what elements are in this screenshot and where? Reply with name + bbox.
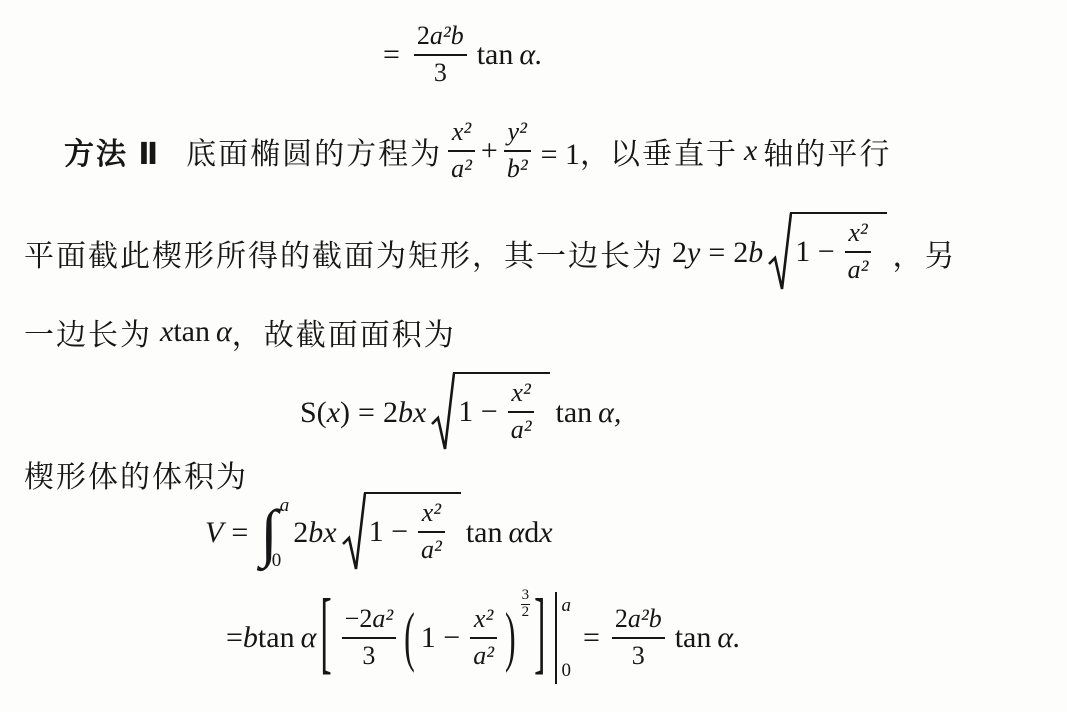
x-variable: x [539,516,552,550]
fraction: x² a² [845,219,872,284]
equation-evaluation: = b tan α [ −2 a² 3 ( 1 − x² a² ) 3 2 ] [226,592,741,684]
fraction-denominator: a² [448,155,475,184]
fraction-numerator: x² [471,605,496,634]
fraction-numerator: 2 a²b [414,22,467,51]
paragraph-cross-section: 平面截此楔形所得的截面为矩形，其一边长为 2 y = 2 b 1 − x² a²… [24,210,956,296]
bx-variables: bx [398,396,426,430]
lower-limit: 0 [561,661,571,680]
fraction-denominator: 3 [431,59,450,88]
textbook-page: = 2 a²b 3 tan α. 方法 Ⅱ 底面椭圆的方程为 x² a² + y… [0,0,1067,712]
fraction-bar [470,637,497,639]
body-text: ，故截面面积为 [232,310,456,354]
tan-function: tan [555,396,592,430]
fraction: 2 a²b 3 [414,22,467,87]
equals-sign: = [231,516,248,550]
differential-d: d [524,516,539,550]
body-text: 轴的平行 [763,129,891,173]
numerator-variables: a²b [430,22,464,51]
y-variable: y [687,236,700,270]
tan-function: tan [477,38,514,72]
alpha-symbol: α, [598,396,621,430]
V-variable: V [205,516,223,550]
paragraph-side-length: 一边长为 x tan α ，故截面面积为 [24,310,456,354]
equals-one: = 1， [541,129,610,173]
fraction-denominator: 3 [629,642,648,671]
equation-result-top: = 2 a²b 3 tan α. [383,22,543,87]
S-function: S( [300,396,327,430]
b-variable: b [748,236,763,270]
integral-upper-limit: a [280,496,290,515]
x-variable: x [327,396,340,430]
fraction-denominator: a² [470,642,497,671]
fraction-numerator: 2 a²b [612,605,665,634]
radical-sign [431,370,455,456]
fraction-bar [342,637,396,639]
integral: ∫ a 0 [260,494,289,572]
one-minus: 1 − [421,621,460,655]
fraction: x² a² [470,605,497,670]
equals-sign: = [708,236,725,270]
coefficient: 2 [293,516,308,550]
radicand: 1 − x² a² [364,492,461,564]
fraction-denominator: a² [508,416,535,445]
integral-limits: a 0 [280,494,290,572]
alpha-symbol: α [508,516,524,550]
body-text: ，另 [892,231,956,275]
fraction-bar [448,150,475,152]
fraction-bar [414,54,467,56]
fraction-numerator: −2 a² [342,605,396,634]
radicand: 1 − x² a² [790,212,887,284]
numerator-variables: a² [372,605,393,634]
equation-area: S( x ) = 2 bx 1 − x² a² tan α, [300,370,621,456]
left-paren: ( [404,597,415,675]
fraction: x² a² [508,379,535,444]
tan-function: tan [466,516,503,550]
alpha-symbol: α. [717,621,740,655]
evaluation-bar: a 0 [555,592,571,684]
fraction-numerator: y² [505,118,530,147]
right-paren: ) [505,597,516,675]
fraction: y² b² [504,118,531,183]
fraction: x² a² [448,118,475,183]
method-label: 方法 Ⅱ [64,129,160,173]
body-text: 以垂直于 [610,129,738,173]
x-variable: x [744,134,757,168]
coefficient: 2 [733,236,748,270]
radicand: 1 − x² a² [453,372,550,444]
fraction-denominator: a² [418,536,445,565]
radical-sign [342,490,366,576]
fraction: −2 a² 3 [342,605,396,670]
fraction: 2 a²b 3 [612,605,665,670]
coefficient: 2 [383,396,398,430]
exponent-numerator: 3 [521,588,531,605]
fraction-numerator: x² [845,219,870,248]
fraction-bar [612,637,665,639]
plus-sign: + [481,134,498,168]
close-paren: ) [340,396,350,430]
fraction-denominator: b² [504,155,531,184]
tan-function: tan [173,315,210,349]
body-text: 一边长为 [24,310,152,354]
equals-sign: = [358,396,375,430]
equals-sign: = [383,38,400,72]
vertical-bar [555,592,557,684]
one-minus: 1 − [795,235,834,269]
fraction-bar [845,251,872,253]
exponent-fraction: 3 2 [521,588,531,620]
numerator-sign: −2 [345,605,373,634]
one-minus: 1 − [369,515,408,549]
alpha-symbol: α [216,315,232,349]
numerator-coefficient: 2 [615,605,628,634]
exponent-denominator: 2 [522,605,530,620]
x-variable: x [160,315,173,349]
upper-limit: a [561,596,571,615]
tan-function: tan [675,621,712,655]
equals-sign: = [583,621,600,655]
tan-function: tan [258,621,295,655]
body-text: 底面椭圆的方程为 [186,129,442,173]
fraction-numerator: x² [419,499,444,528]
radical-sign [768,210,792,296]
left-bracket: [ [320,583,331,686]
b-variable: b [243,621,258,655]
numerator-coefficient: 2 [417,22,430,51]
fraction-bar [418,531,445,533]
fraction-bar [504,150,531,152]
square-root: 1 − x² a² [342,490,461,576]
paragraph-method-2: 方法 Ⅱ 底面椭圆的方程为 x² a² + y² b² = 1， 以垂直于 x … [64,118,891,183]
body-text: 平面截此楔形所得的截面为矩形，其一边长为 [24,231,664,275]
fraction-denominator: 3 [359,642,378,671]
square-root: 1 − x² a² [431,370,550,456]
fraction: x² a² [418,499,445,564]
equation-integral: V = ∫ a 0 2 bx 1 − x² a² tan α d x [205,490,553,576]
fraction-numerator: x² [449,118,474,147]
fraction-bar [508,411,535,413]
right-bracket: ] [534,583,545,686]
evaluation-limits: a 0 [561,594,571,682]
one-minus: 1 − [458,395,497,429]
numerator-variables: a²b [628,605,662,634]
fraction-numerator: x² [508,379,533,408]
alpha-symbol: α. [519,38,542,72]
integral-lower-limit: 0 [272,551,282,570]
equals-sign: = [226,621,243,655]
bx-variables: bx [308,516,336,550]
fraction-denominator: a² [845,256,872,285]
alpha-symbol: α [301,621,317,655]
coefficient: 2 [672,236,687,270]
square-root: 1 − x² a² [768,210,887,296]
